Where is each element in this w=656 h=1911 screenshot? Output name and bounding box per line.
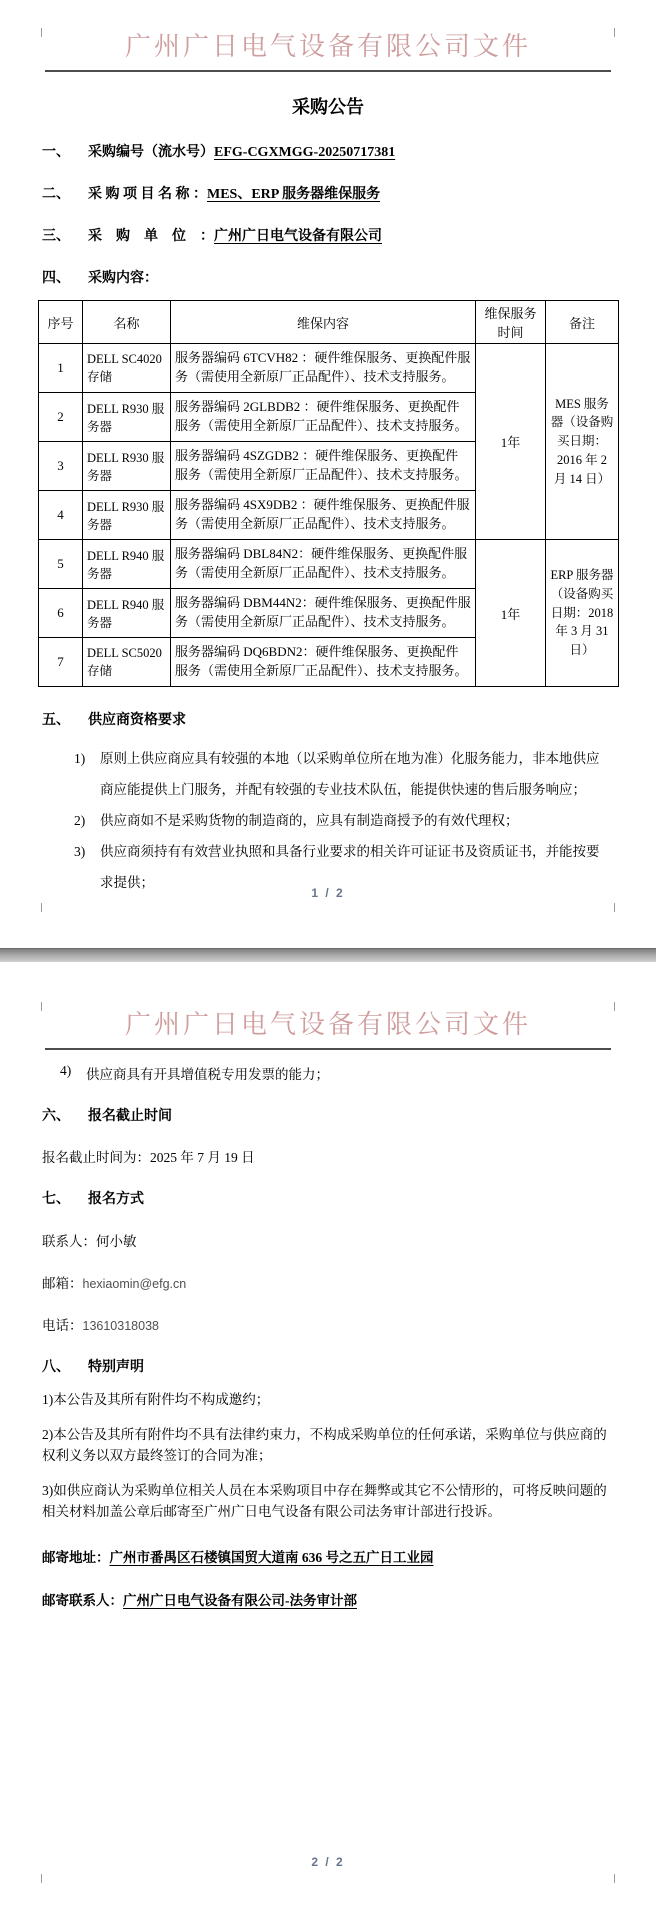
letterhead-rule [45,1048,611,1050]
cell-seq: 2 [39,393,83,442]
page-title: 采购公告 [0,93,656,119]
field-value: EFG-CGXMGG-20250717381 [214,145,395,161]
email-line: 邮箱：hexiaomin@efg.cn [42,1272,616,1292]
cell-seq: 4 [39,491,83,540]
col-header-seq: 序号 [39,301,83,344]
crop-mark-icon [41,28,42,37]
document-page-2: 广州广日电气设备有限公司文件 4) 供应商具有开具增值税专用发票的能力； 六、 … [0,962,656,1911]
cell-content: 服务器编码 4SX9DB2 ：硬件维保服务、更换配件服务（需使用全新原厂正品配件… [171,491,476,540]
cell-content: 服务器编码 DBL84N2：硬件维保服务、更换配件服务（需使用全新原厂正品配件）… [171,540,476,589]
section-title: 报名截止时间 [88,1105,172,1125]
document-page-1: 广州广日电气设备有限公司文件 采购公告 一、 采购编号（流水号） EFG-CGX… [0,0,656,948]
crop-mark-icon [614,903,615,912]
field-project-name: 二、 采 购 项 目 名 称 ： MES、ERP 服务器维保服务 [42,183,616,203]
page-separator [0,948,656,962]
mail-address-line: 邮寄地址：广州市番禺区石楼镇国贸大道南 636 号之五广日工业园 [42,1546,616,1566]
section-ordinal: 四、 [42,267,88,287]
letterhead: 广州广日电气设备有限公司文件 [0,962,656,1050]
cell-content: 服务器编码 DQ6BDN2：硬件维保服务、更换配件服务（需使用全新原厂正品配件）… [171,638,476,687]
col-header-time: 维保服务时间 [476,301,546,344]
section-8-heading: 八、 特别声明 [42,1356,616,1376]
crop-mark-icon [614,1002,615,1011]
cell-name: DELL R930 服务器 [83,393,171,442]
cell-seq: 1 [39,344,83,393]
cell-content: 服务器编码 4SZGDB2 ：硬件维保服务、更换配件服务（需使用全新原厂正品配件… [171,442,476,491]
company-letterhead-title: 广州广日电气设备有限公司文件 [0,26,656,63]
field-label: 采 购 项 目 名 称 ： [88,183,207,203]
item-text: 原则上供应商应具有较强的本地（以采购单位所在地为准）化服务能力，非本地供应商应能… [100,743,605,805]
phone-label: 电话： [42,1318,83,1333]
statement-item: 2)本公告及其所有附件均不具有法律约束力，不构成采购单位的任何承诺，采购单位与供… [42,1425,614,1467]
section-title: 采购内容： [88,267,158,287]
section-title: 特别声明 [88,1356,144,1376]
cell-seq: 3 [39,442,83,491]
cell-remark-group1: MES 服务器（设备购买日期：2016 年 2 月 14 日） [546,344,619,540]
field-ordinal: 一、 [42,141,88,161]
crop-mark-icon [614,1874,615,1883]
cell-content: 服务器编码 DBM44N2：硬件维保服务、更换配件服务（需使用全新原厂正品配件）… [171,589,476,638]
mail-contact-line: 邮寄联系人：广州广日电气设备有限公司-法务审计部 [42,1589,616,1609]
contact-value: 何小敏 [96,1234,137,1249]
phone-line: 电话：13610318038 [42,1314,616,1334]
cell-service-time-group1: 1年 [476,344,546,540]
email-value: hexiaomin@efg.cn [83,1277,187,1291]
cell-name: DELL R940 服务器 [83,540,171,589]
section-title: 报名方式 [88,1188,144,1208]
cell-seq: 6 [39,589,83,638]
field-ordinal: 二、 [42,183,88,203]
section-ordinal: 七、 [42,1188,88,1208]
col-header-content: 维保内容 [171,301,476,344]
cell-name: DELL R930 服务器 [83,491,171,540]
cell-seq: 5 [39,540,83,589]
statement-item: 3)如供应商认为采购单位相关人员在本采购项目中存在舞弊或其它不公情形的，可将反映… [42,1481,614,1523]
cell-service-time-group2: 1年 [476,540,546,687]
section-7-heading: 七、 报名方式 [42,1188,616,1208]
email-label: 邮箱： [42,1276,83,1291]
requirement-item: 4) 供应商具有开具增值税专用发票的能力； [60,1063,616,1083]
page-number: 1 / 2 [0,886,656,900]
section-6-heading: 六、 报名截止时间 [42,1105,616,1125]
table-row: 5 DELL R940 服务器 服务器编码 DBL84N2：硬件维保服务、更换配… [39,540,619,589]
letterhead: 广州广日电气设备有限公司文件 [0,0,656,72]
cell-content: 服务器编码 2GLBDB2 ：硬件维保服务、更换配件服务（需使用全新原厂正品配件… [171,393,476,442]
deadline-text: 报名截止时间为：2025 年 7 月 19 日 [42,1146,616,1166]
section-ordinal: 八、 [42,1356,88,1376]
mail-contact-value: 广州广日电气设备有限公司-法务审计部 [123,1593,357,1608]
section-ordinal: 五、 [42,709,88,729]
col-header-name: 名称 [83,301,171,344]
crop-mark-icon [41,1002,42,1011]
mail-address-value: 广州市番禺区石楼镇国贸大道南 636 号之五广日工业园 [110,1550,434,1565]
section-5-heading: 五、 供应商资格要求 [42,709,616,729]
maintenance-table: 序号 名称 维保内容 维保服务时间 备注 1 DELL SC4020 存储 服务… [38,300,619,687]
item-number: 2) [74,805,100,836]
company-letterhead-title: 广州广日电气设备有限公司文件 [0,1004,656,1041]
section-title: 供应商资格要求 [88,709,186,729]
field-value: MES、ERP 服务器维保服务 [207,183,380,203]
item-number: 1) [74,743,100,805]
item-number: 4) [60,1063,86,1083]
statement-item: 1)本公告及其所有附件均不构成邀约； [42,1390,614,1411]
section-ordinal: 六、 [42,1105,88,1125]
col-header-remark: 备注 [546,301,619,344]
item-text: 供应商具有开具增值税专用发票的能力； [86,1063,329,1083]
field-label: 采 购 单 位 ： [88,225,214,245]
contact-person-line: 联系人：何小敏 [42,1230,616,1250]
item-text: 供应商如不是采购货物的制造商的，应具有制造商授予的有效代理权； [100,805,605,836]
crop-mark-icon [41,903,42,912]
requirement-item: 1) 原则上供应商应具有较强的本地（以采购单位所在地为准）化服务能力，非本地供应… [74,743,616,805]
crop-mark-icon [614,28,615,37]
cell-content: 服务器编码 6TCVH82 ：硬件维保服务、更换配件服务（需使用全新原厂正品配件… [171,344,476,393]
table-row: 1 DELL SC4020 存储 服务器编码 6TCVH82 ：硬件维保服务、更… [39,344,619,393]
crop-mark-icon [41,1874,42,1883]
cell-name: DELL R930 服务器 [83,442,171,491]
phone-value: 13610318038 [83,1319,159,1333]
cell-seq: 7 [39,638,83,687]
page-number: 2 / 2 [0,1855,656,1869]
section-4-heading: 四、 采购内容： [42,267,616,287]
cell-remark-group2: ERP 服务器（设备购买日期：2018 年 3 月 31 日） [546,540,619,687]
field-purchasing-unit: 三、 采 购 单 位 ： 广州广日电气设备有限公司 [42,225,616,245]
letterhead-rule [45,70,611,72]
cell-name: DELL R940 服务器 [83,589,171,638]
field-ordinal: 三、 [42,225,88,245]
cell-name: DELL SC5020 存储 [83,638,171,687]
contact-label: 联系人： [42,1234,96,1249]
field-procurement-number: 一、 采购编号（流水号） EFG-CGXMGG-20250717381 [42,141,616,161]
field-label: 采购编号（流水号） [88,141,214,161]
requirement-item: 2) 供应商如不是采购货物的制造商的，应具有制造商授予的有效代理权； [74,805,616,836]
mail-contact-label: 邮寄联系人： [42,1593,123,1608]
mail-address-label: 邮寄地址： [42,1550,110,1565]
table-header-row: 序号 名称 维保内容 维保服务时间 备注 [39,301,619,344]
field-value: 广州广日电气设备有限公司 [214,225,382,245]
cell-name: DELL SC4020 存储 [83,344,171,393]
